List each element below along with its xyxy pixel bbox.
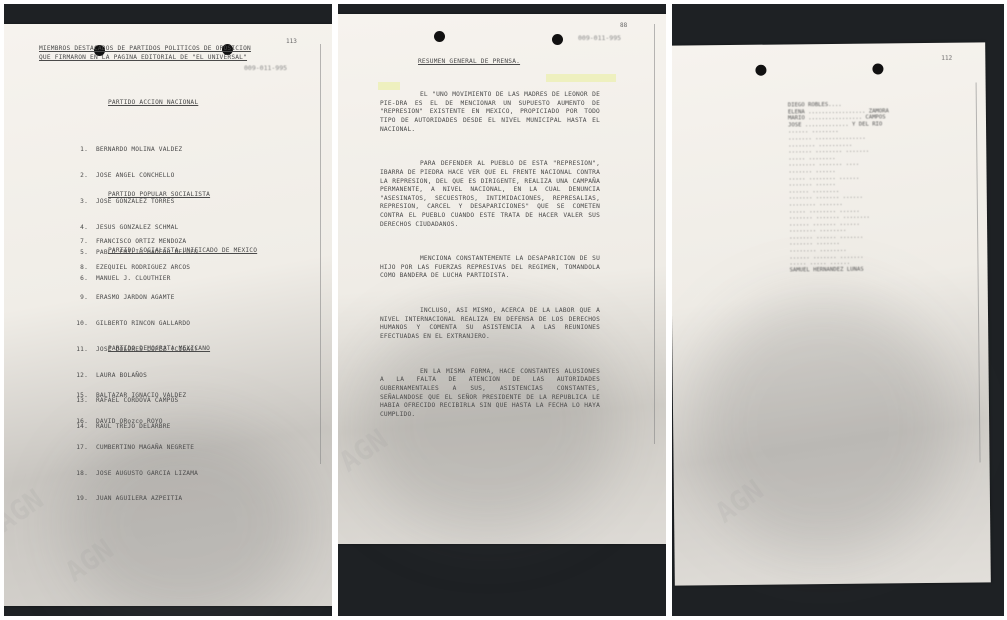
watermark: AGN: [4, 482, 49, 538]
document-sheet-2: 88 009-011-995 RESUMEN GENERAL DE PRENSA…: [338, 14, 666, 544]
member-name: DAVID ORozco ROYO: [96, 418, 163, 425]
archive-stamp: 009-011-995: [578, 34, 621, 42]
paragraph: PARA DEFENDER AL PUEBLO DE ESTA "REPRESI…: [380, 160, 600, 229]
paragraph: EL "UNO MOVIMIENTO DE LAS MADRES DE LEON…: [380, 91, 600, 134]
photo-panel-page-2: 88 009-011-995 RESUMEN GENERAL DE PRENSA…: [338, 4, 666, 616]
section-title: PARTIDO SOCIALISTA UNIFICADO DE MEXICO: [108, 247, 257, 256]
punch-hole: [872, 63, 883, 74]
document-sheet-1: 113 MIEMBROS DESTACADOS DE PARTIDOS POLI…: [4, 24, 332, 606]
page-number: 88: [620, 22, 627, 29]
member-name: ERASMO JARDON AGAMTE: [96, 294, 175, 301]
names-list: DIEGO ROBLES.... ELENA .................…: [788, 101, 891, 273]
archive-stamp: 009-011-995: [244, 64, 287, 72]
margin-line: [976, 82, 981, 462]
section-title: PARTIDO DEMOCRATA MEXICANO: [108, 345, 210, 354]
heading-line-1: MIEMBROS DESTACADOS DE PARTIDOS POLITICO…: [39, 45, 251, 54]
punch-hole: [552, 34, 563, 45]
punch-hole: [755, 65, 766, 76]
page-number: 113: [286, 38, 297, 45]
member-name: BALTAZAR IGNACIO VALDEZ: [96, 392, 186, 399]
page-number: 112: [941, 55, 952, 62]
paragraph: MENCIONA CONSTANTEMENTE LA DESAPARICION …: [380, 255, 600, 281]
photo-panel-page-3: 112 DIEGO ROBLES.... ELENA .............…: [672, 4, 1004, 616]
member-name: GILBERTO RINCON GALLARDO: [96, 320, 190, 327]
margin-line: [654, 24, 655, 444]
highlight-mark: [546, 74, 616, 82]
hand-shadow: [358, 314, 618, 534]
punch-hole: [434, 31, 445, 42]
photo-panel-page-1: 113 MIEMBROS DESTACADOS DE PARTIDOS POLI…: [4, 4, 332, 616]
heading-line-2: QUE FIRMARON EN LA PAGINA EDITORIAL DE "…: [39, 54, 247, 63]
margin-line: [320, 44, 321, 464]
member-name: BERNARDO MOLINA VALDEZ: [96, 146, 182, 153]
hand-shadow: [64, 424, 304, 616]
section-title: PARTIDO POPULAR SOCIALISTA: [108, 191, 210, 200]
hand-shadow: [692, 293, 955, 556]
document-sheet-3: 112 DIEGO ROBLES.... ELENA .............…: [672, 42, 991, 585]
section-title: PARTIDO ACCION NACIONAL: [108, 99, 198, 108]
heading: RESUMEN GENERAL DE PRENSA.: [418, 58, 520, 67]
highlight-mark: [378, 82, 400, 90]
